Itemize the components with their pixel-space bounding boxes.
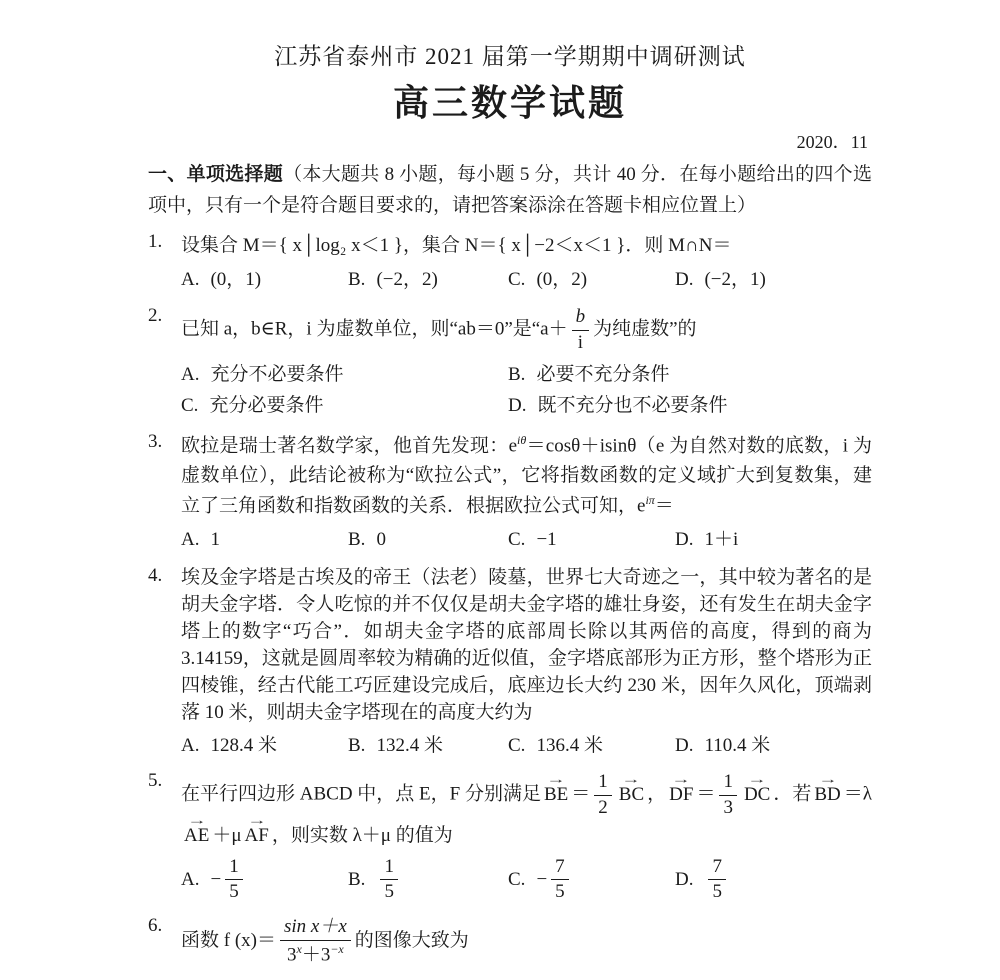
option-fraction: 75 <box>551 856 569 905</box>
option-label: D. <box>675 529 693 550</box>
fraction-numerator: 7 <box>708 856 726 881</box>
option-label: D. <box>675 735 693 756</box>
option-text: −1 <box>536 529 556 550</box>
option-label: B. <box>348 869 365 890</box>
question-4-option-c: C.136.4 米 <box>508 732 675 761</box>
fraction-denominator: 3 <box>719 796 737 820</box>
minus-sign: − <box>536 869 547 890</box>
exam-subtitle: 江苏省泰州市 2021 届第一学期期中调研测试 <box>148 42 872 72</box>
vector-BE: BE <box>544 780 568 805</box>
question-2: 2. 已知 a，b∈R，i 为虚数单位，则“ab＝0”是“a＋bi为纯虚数”的 <box>148 305 872 356</box>
vector-DC: DC <box>744 780 770 805</box>
fraction-denominator: 5 <box>708 880 726 904</box>
question-1: 1. 设集合 M＝{ x│log₂ x＜1 }，集合 N＝{ x│−2＜x＜1 … <box>148 231 872 261</box>
question-1-options: A.(0，1) B.(−2，2) C.(0，2) D.(−2，1) <box>148 266 872 295</box>
option-label: C. <box>508 269 525 290</box>
option-text: 充分不必要条件 <box>210 364 343 385</box>
mu-term: ＋μ <box>212 825 241 846</box>
question-1-option-b: B.(−2，2) <box>348 266 508 295</box>
minus-sign: − <box>210 869 221 890</box>
option-label: A. <box>181 269 199 290</box>
vector-BC: BC <box>619 780 644 805</box>
option-text: (−2，1) <box>704 269 765 290</box>
question-1-option-d: D.(−2，1) <box>675 266 872 295</box>
option-label: C. <box>508 529 525 550</box>
question-4: 4. 埃及金字塔是古埃及的帝王（法老）陵墓，世界七大奇迹之一，其中较为著名的是胡… <box>148 565 872 727</box>
question-3-option-a: A.1 <box>181 526 348 555</box>
question-2-text: 已知 a，b∈R，i 为虚数单位，则“ab＝0”是“a＋ <box>181 319 568 340</box>
fraction-numerator: 1 <box>594 771 612 796</box>
question-6: 6. 函数 f (x)＝sin x＋x3x＋3−x的图像大致为 <box>148 915 872 968</box>
question-3-text-end: ＝ <box>655 495 674 516</box>
question-5-option-c: C.−75 <box>508 856 675 906</box>
fraction-numerator: 1 <box>380 856 398 881</box>
vector-AE: AE <box>184 821 209 846</box>
fraction-one-half: 12 <box>594 771 612 820</box>
exponent-i-pi: iπ <box>645 493 654 507</box>
question-5-option-d: D.75 <box>675 856 872 906</box>
option-text: 136.4 米 <box>536 735 603 756</box>
option-label: B. <box>348 735 365 756</box>
option-label: D. <box>675 269 693 290</box>
question-2-option-d: D.既不充分也不必要条件 <box>508 392 872 421</box>
option-text: (−2，2) <box>376 269 437 290</box>
lambda-term: ＝λ <box>844 784 872 805</box>
question-4-option-b: B.132.4 米 <box>348 732 508 761</box>
question-2-option-a: A.充分不必要条件 <box>181 361 508 390</box>
fraction-b-over-i: bi <box>572 306 590 355</box>
question-5-text-mid: ．若 <box>773 784 811 805</box>
option-label: A. <box>181 529 199 550</box>
question-5-number: 5. <box>148 770 181 851</box>
fraction-one-third: 13 <box>719 771 737 820</box>
question-5-stem: 在平行四边形 ABCD 中，点 E，F 分别满足BE＝12BC，DF＝13DC．… <box>181 770 872 851</box>
option-label: A. <box>181 735 199 756</box>
option-label: B. <box>348 269 365 290</box>
question-5-text-end: ，则实数 λ＋μ 的值为 <box>272 825 453 846</box>
vector-DF: DF <box>669 780 693 805</box>
option-text: 128.4 米 <box>210 735 277 756</box>
question-3-option-c: C.−1 <box>508 526 675 555</box>
option-text: 必要不充分条件 <box>536 364 669 385</box>
option-text: (0，1) <box>210 269 261 290</box>
question-3: 3. 欧拉是瑞士著名数学家，他首先发现：eiθ＝cosθ＋isinθ（e 为自然… <box>148 431 872 522</box>
question-5-option-a: A.−15 <box>181 856 348 906</box>
comma: ， <box>647 784 666 805</box>
function-fraction: sin x＋x3x＋3−x <box>280 916 351 967</box>
question-5-option-b: B.15 <box>348 856 508 906</box>
equals: ＝ <box>571 784 590 805</box>
option-text: 1＋i <box>704 529 738 550</box>
fraction-denominator: 3x＋3−x <box>280 941 351 967</box>
question-5: 5. 在平行四边形 ABCD 中，点 E，F 分别满足BE＝12BC，DF＝13… <box>148 770 872 851</box>
option-text: 1 <box>210 529 220 550</box>
question-1-option-c: C.(0，2) <box>508 266 675 295</box>
question-4-stem: 埃及金字塔是古埃及的帝王（法老）陵墓，世界七大奇迹之一，其中较为著名的是胡夫金字… <box>181 565 872 727</box>
question-3-text: 欧拉是瑞士著名数学家，他首先发现：e <box>181 435 517 456</box>
question-1-option-a: A.(0，1) <box>181 266 348 295</box>
plus-3: ＋3 <box>302 944 331 965</box>
option-text: 既不充分也不必要条件 <box>537 395 727 416</box>
question-5-options: A.−15 B.15 C.−75 D.75 <box>148 856 872 906</box>
question-4-options: A.128.4 米 B.132.4 米 C.136.4 米 D.110.4 米 <box>148 732 872 761</box>
option-fraction: 15 <box>225 856 243 905</box>
question-3-options: A.1 B.0 C.−1 D.1＋i <box>148 526 872 555</box>
question-3-option-d: D.1＋i <box>675 526 872 555</box>
fraction-denominator: i <box>572 331 590 355</box>
question-4-option-a: A.128.4 米 <box>181 732 348 761</box>
option-label: C. <box>508 735 525 756</box>
fraction-numerator: 1 <box>719 771 737 796</box>
question-3-stem: 欧拉是瑞士著名数学家，他首先发现：eiθ＝cosθ＋isinθ（e 为自然对数的… <box>181 431 872 522</box>
option-fraction: 75 <box>708 856 726 905</box>
vector-AF: AF <box>245 821 269 846</box>
option-fraction: 15 <box>380 856 398 905</box>
option-text: 132.4 米 <box>376 735 443 756</box>
exam-title: 高三数学试题 <box>148 81 872 126</box>
question-6-number: 6. <box>148 915 181 968</box>
option-label: A. <box>181 869 199 890</box>
option-label: B. <box>348 529 365 550</box>
exponent-i-theta: iθ <box>517 433 526 447</box>
question-1-number: 1. <box>148 231 181 261</box>
question-4-text: 埃及金字塔是古埃及的帝王（法老）陵墓，世界七大奇迹之一，其中较为著名的是胡夫金字… <box>181 567 872 723</box>
question-3-number: 3. <box>148 431 181 522</box>
fraction-denominator: 2 <box>594 796 612 820</box>
question-3-option-b: B.0 <box>348 526 508 555</box>
option-label: D. <box>675 869 693 890</box>
fraction-numerator: 7 <box>551 856 569 881</box>
fraction-denominator: 5 <box>225 880 243 904</box>
fraction-numerator: sin x＋x <box>280 916 351 941</box>
option-label: C. <box>508 869 525 890</box>
question-6-text-end: 的图像大致为 <box>355 930 469 951</box>
question-2-options: A.充分不必要条件 B.必要不充分条件 C.充分必要条件 D.既不充分也不必要条… <box>148 361 872 421</box>
option-label: A. <box>181 364 199 385</box>
option-text: (0，2) <box>536 269 587 290</box>
exponent-neg-x: −x <box>330 942 343 956</box>
fraction-denominator: 5 <box>380 880 398 904</box>
question-2-text-cont: 为纯虚数”的 <box>593 319 696 340</box>
fraction-numerator: b <box>572 306 590 331</box>
exam-date: 2020．11 <box>148 128 872 154</box>
option-label: C. <box>181 395 198 416</box>
question-1-text: 设集合 M＝{ x│log₂ x＜1 }，集合 N＝{ x│−2＜x＜1 }．则… <box>181 235 731 256</box>
option-text: 110.4 米 <box>704 735 770 756</box>
fraction-denominator: 5 <box>551 880 569 904</box>
section-label: 一、单项选择题 <box>148 164 283 185</box>
question-5-text: 在平行四边形 ABCD 中，点 E，F 分别满足 <box>181 784 541 805</box>
question-2-option-c: C.充分必要条件 <box>181 392 508 421</box>
question-2-option-b: B.必要不充分条件 <box>508 361 872 390</box>
question-4-option-d: D.110.4 米 <box>675 732 872 761</box>
question-4-number: 4. <box>148 565 181 727</box>
question-6-stem: 函数 f (x)＝sin x＋x3x＋3−x的图像大致为 <box>181 915 872 968</box>
section-heading: 一、单项选择题（本大题共 8 小题，每小题 5 分，共计 40 分．在每小题给出… <box>148 160 872 222</box>
equals: ＝ <box>696 784 715 805</box>
vector-BD: BD <box>814 780 840 805</box>
option-label: B. <box>508 364 525 385</box>
question-1-stem: 设集合 M＝{ x│log₂ x＜1 }，集合 N＝{ x│−2＜x＜1 }．则… <box>181 231 872 261</box>
question-2-stem: 已知 a，b∈R，i 为虚数单位，则“ab＝0”是“a＋bi为纯虚数”的 <box>181 305 872 356</box>
option-text: 0 <box>376 529 386 550</box>
question-6-text: 函数 f (x)＝ <box>181 930 276 951</box>
fraction-numerator: 1 <box>225 856 243 881</box>
exam-paper: 江苏省泰州市 2021 届第一学期期中调研测试 高三数学试题 2020．11 一… <box>0 0 1000 980</box>
option-label: D. <box>508 395 526 416</box>
question-2-number: 2. <box>148 305 181 356</box>
option-text: 充分必要条件 <box>209 395 323 416</box>
